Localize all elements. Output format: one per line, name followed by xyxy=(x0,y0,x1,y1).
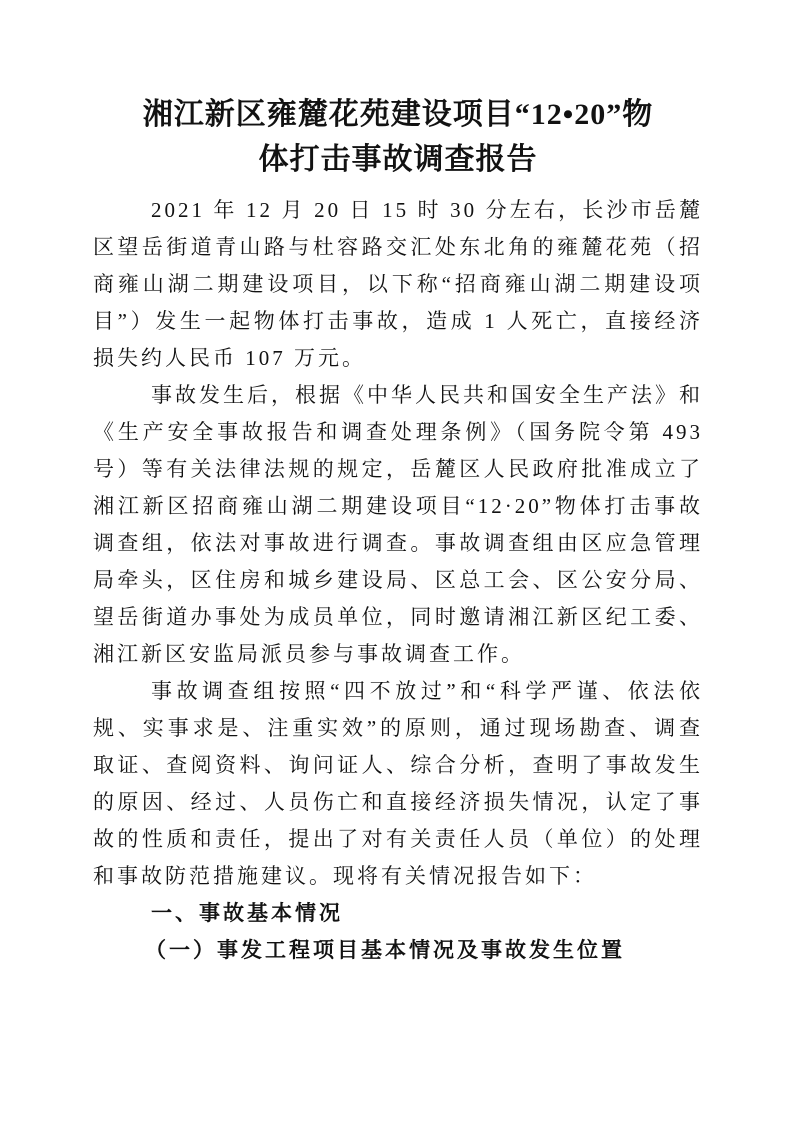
section-heading-basic-situation: 一、事故基本情况 xyxy=(93,895,703,932)
paragraph-accident-summary: 2021 年 12 月 20 日 15 时 30 分左右，长沙市岳麓区望岳街道青… xyxy=(93,192,703,377)
document-title-line-1: 湘江新区雍麓花苑建设项目“12•20”物 xyxy=(93,92,703,137)
paragraph-investigation-team: 事故发生后，根据《中华人民共和国安全生产法》和《生产安全事故报告和调查处理条例》… xyxy=(93,377,703,673)
document-title: 湘江新区雍麓花苑建设项目“12•20”物 体打击事故调查报告 xyxy=(93,92,703,182)
document-title-line-2: 体打击事故调查报告 xyxy=(93,137,703,182)
document-page: 湘江新区雍麓花苑建设项目“12•20”物 体打击事故调查报告 2021 年 12… xyxy=(0,0,793,1122)
document-content: 湘江新区雍麓花苑建设项目“12•20”物 体打击事故调查报告 2021 年 12… xyxy=(93,92,703,969)
paragraph-investigation-principles: 事故调查组按照“四不放过”和“科学严谨、依法依规、实事求是、注重实效”的原则，通… xyxy=(93,673,703,895)
subsection-heading-project-info: （一）事发工程项目基本情况及事故发生位置 xyxy=(93,932,703,969)
